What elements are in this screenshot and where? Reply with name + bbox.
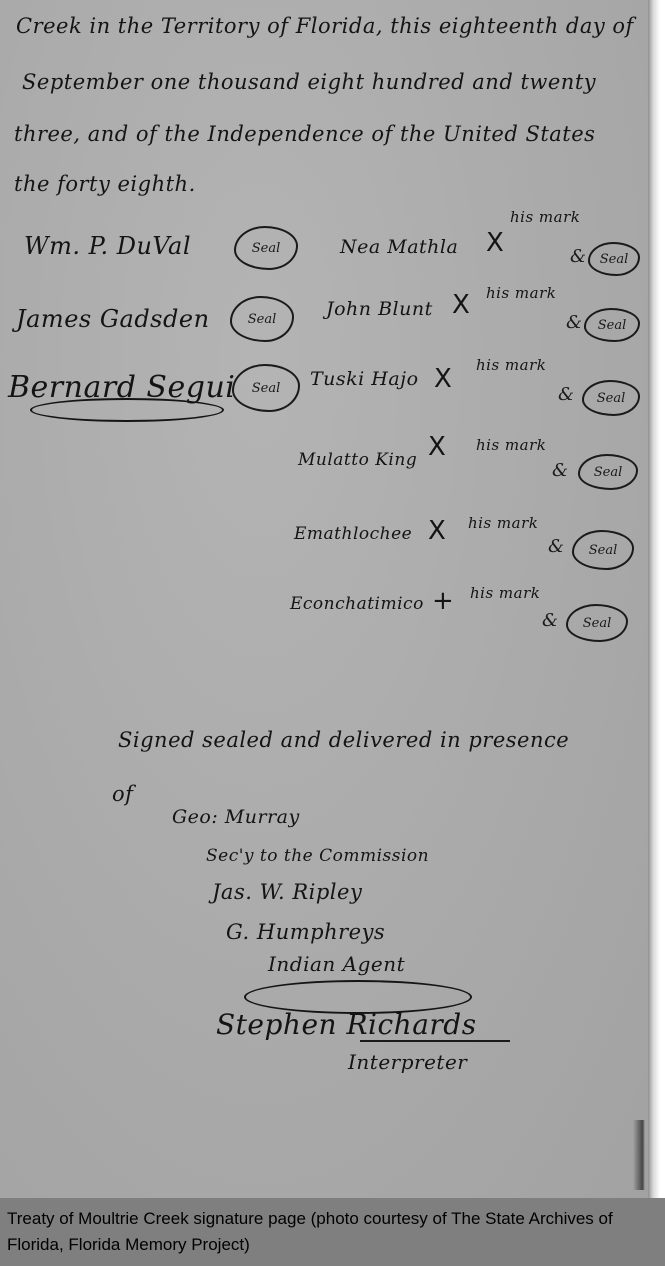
body-line-2: September one thousand eight hundred and…: [22, 70, 596, 94]
image-caption: Treaty of Moultrie Creek signature page …: [0, 1198, 665, 1266]
x-mark-tuski-hajo: X: [434, 364, 452, 394]
his-mark-label: his mark: [476, 356, 546, 374]
witness-humphreys-title: Indian Agent: [268, 952, 405, 976]
document-scan: Creek in the Territory of Florida, this …: [0, 0, 650, 1198]
body-line-1: Creek in the Territory of Florida, this …: [16, 14, 634, 38]
ampersand: &: [548, 536, 564, 557]
signature-gadsden: James Gadsden: [16, 305, 210, 333]
ampersand: &: [542, 610, 558, 631]
witness-richards-title: Interpreter: [348, 1050, 467, 1074]
witness-humphreys: G. Humphreys: [226, 920, 385, 944]
x-mark-nea-mathla: X: [486, 228, 504, 258]
caption-text: Treaty of Moultrie Creek signature page …: [7, 1206, 647, 1258]
signature-emathlochee: Emathlochee: [294, 524, 412, 544]
body-line-4: the forty eighth.: [14, 172, 196, 196]
signature-tuski-hajo: Tuski Hajo: [310, 368, 419, 390]
signature-nea-mathla: Nea Mathla: [340, 236, 458, 258]
seal-emathlochee: Seal: [572, 530, 634, 570]
signature-john-blunt: John Blunt: [326, 298, 433, 320]
witness-murray-title: Sec'y to the Commission: [206, 846, 429, 866]
seal-john-blunt: Seal: [584, 308, 640, 342]
seal-nea-mathla: Seal: [588, 242, 640, 276]
signature-duval: Wm. P. DuVal: [24, 232, 191, 260]
seal-mulatto-king: Seal: [578, 454, 638, 490]
seal-duval: Seal: [234, 226, 298, 270]
signature-mulatto-king: Mulatto King: [298, 450, 417, 470]
seal-tuski-hajo: Seal: [582, 380, 640, 416]
page-edge: [648, 0, 665, 1198]
signature-econchatimico: Econchatimico: [290, 594, 424, 614]
ampersand: &: [552, 460, 568, 481]
witness-intro-line-2: of: [112, 782, 133, 806]
seal-econchatimico: Seal: [566, 604, 628, 642]
page-edge-shadow: [633, 1120, 645, 1190]
x-mark-john-blunt: X: [452, 290, 470, 320]
signature-flourish: [30, 398, 224, 422]
witness-ripley: Jas. W. Ripley: [212, 880, 362, 904]
his-mark-label: his mark: [486, 284, 556, 302]
seal-gadsden: Seal: [230, 296, 294, 342]
his-mark-label: his mark: [468, 514, 538, 532]
signature-underline: [360, 1040, 510, 1042]
ampersand: &: [558, 384, 574, 405]
ampersand: &: [570, 246, 586, 267]
cross-mark-econchatimico: +: [432, 586, 454, 616]
x-mark-mulatto-king: X: [428, 432, 446, 462]
x-mark-emathlochee: X: [428, 516, 446, 546]
body-line-3: three, and of the Independence of the Un…: [14, 122, 595, 146]
witness-intro-line-1: Signed sealed and delivered in presence: [118, 728, 569, 752]
his-mark-label: his mark: [510, 208, 580, 226]
witness-murray: Geo: Murray: [172, 806, 300, 828]
witness-richards: Stephen Richards: [216, 1008, 477, 1041]
his-mark-label: his mark: [470, 584, 540, 602]
ampersand: &: [566, 312, 582, 333]
seal-segui: Seal: [232, 364, 300, 412]
his-mark-label: his mark: [476, 436, 546, 454]
